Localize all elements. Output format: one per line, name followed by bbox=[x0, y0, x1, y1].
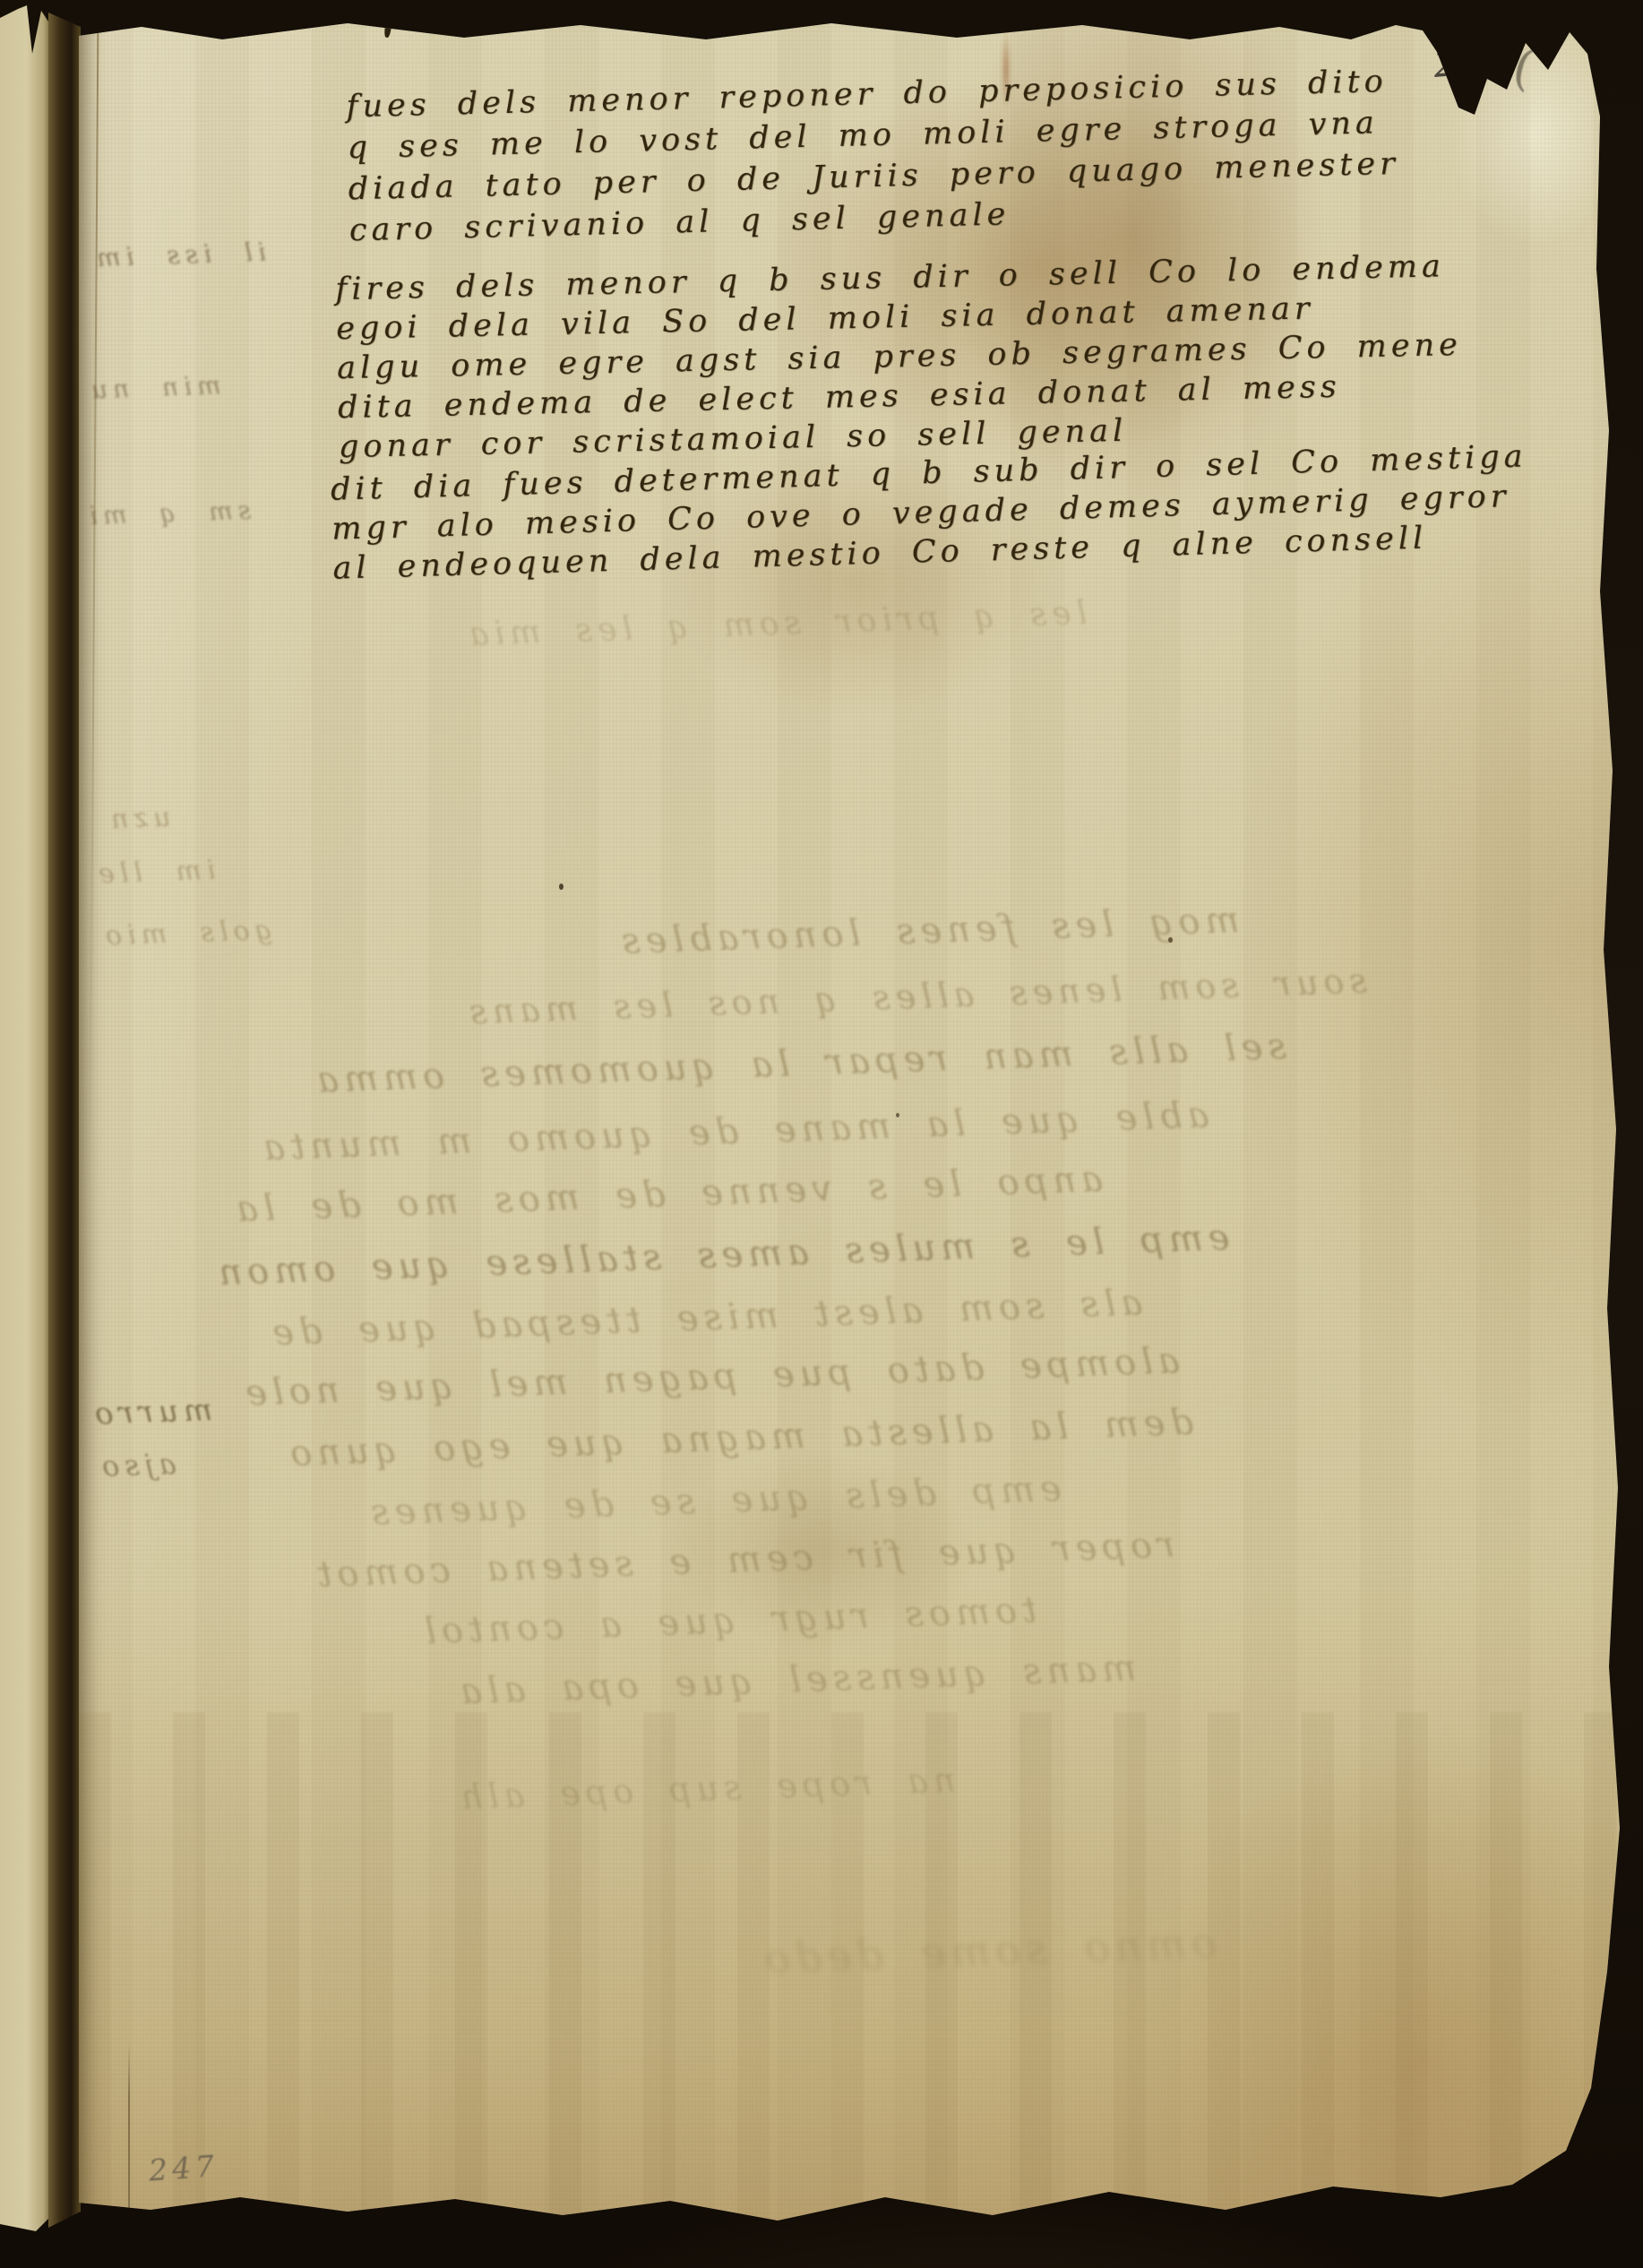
manuscript-scan: les q prior som q les mia mog les fenes … bbox=[0, 0, 1643, 2268]
folio-number-pencil: 247 bbox=[148, 2148, 220, 2187]
bleedthrough-line: alompe dato pue pagen mel que nole bbox=[240, 1341, 1181, 1415]
ink-speck bbox=[383, 14, 393, 39]
ink-speck bbox=[559, 884, 563, 890]
bleedthrough-margin-mark: im lle bbox=[92, 855, 216, 891]
facing-page-edge bbox=[0, 0, 48, 2268]
bleedthrough-line: mans quenssel que opa ala bbox=[454, 1648, 1136, 1713]
bleedthrough-margin-mark: min nu bbox=[85, 370, 221, 404]
bleedthrough-margin-mark: uzn bbox=[105, 802, 171, 836]
paper-crease bbox=[128, 2043, 130, 2222]
ink-paren-mark: ( bbox=[1508, 38, 1540, 97]
bleedthrough-line: als som alest mise ttespad que de bbox=[266, 1282, 1143, 1354]
bleedthrough-line: na rope sup ope alh bbox=[454, 1760, 956, 1816]
bleedthrough-line: tomos rugr que a contol bbox=[418, 1590, 1037, 1652]
bleedthrough-line: emp le s mules ames stallese que omon bbox=[213, 1217, 1231, 1294]
bleedthrough-line: dem la allesta magna que ego quno bbox=[285, 1401, 1194, 1474]
bleedthrough-margin-mark: il iss im bbox=[90, 237, 266, 273]
bleedthrough-line: omno some dedo bbox=[759, 1919, 1217, 1983]
bleedthrough-line: able que la mane de quomo m munta bbox=[258, 1094, 1210, 1168]
binding-gutter-shadow bbox=[48, 0, 81, 2268]
bleedthrough-line: roper que fir cem e setena comot bbox=[311, 1524, 1174, 1596]
bleedthrough-line: sour som lenes alles q nos les mans bbox=[464, 961, 1368, 1031]
bleedthrough-margin-mark: gols mio bbox=[99, 915, 272, 953]
bleedthrough-line: emp dels que se de quenes bbox=[365, 1468, 1062, 1533]
bleedthrough-margin-mark: murro bbox=[89, 1393, 212, 1433]
bleedthrough-line: les q prior som q les mia bbox=[463, 595, 1087, 653]
bleedthrough-line: sel alls man repar la quomomes omma bbox=[312, 1026, 1287, 1101]
manuscript-paragraph-2: fires dels menor q b sus dir o sell Co l… bbox=[335, 246, 1464, 467]
manuscript-page: les q prior som q les mia mog les fenes … bbox=[79, 0, 1643, 2268]
paper-crease bbox=[90, 32, 99, 1152]
bleedthrough-line: mog les fenes lonorables bbox=[615, 900, 1240, 962]
bleedthrough-line: anpo le s venne de mos mo de la bbox=[230, 1159, 1103, 1230]
bleedthrough-margin-mark: ajso bbox=[96, 1446, 176, 1483]
bleedthrough-margin-mark: sm q mi bbox=[83, 496, 251, 530]
manuscript-paragraph-1: fues dels menor reponer do preposicio su… bbox=[346, 61, 1400, 252]
